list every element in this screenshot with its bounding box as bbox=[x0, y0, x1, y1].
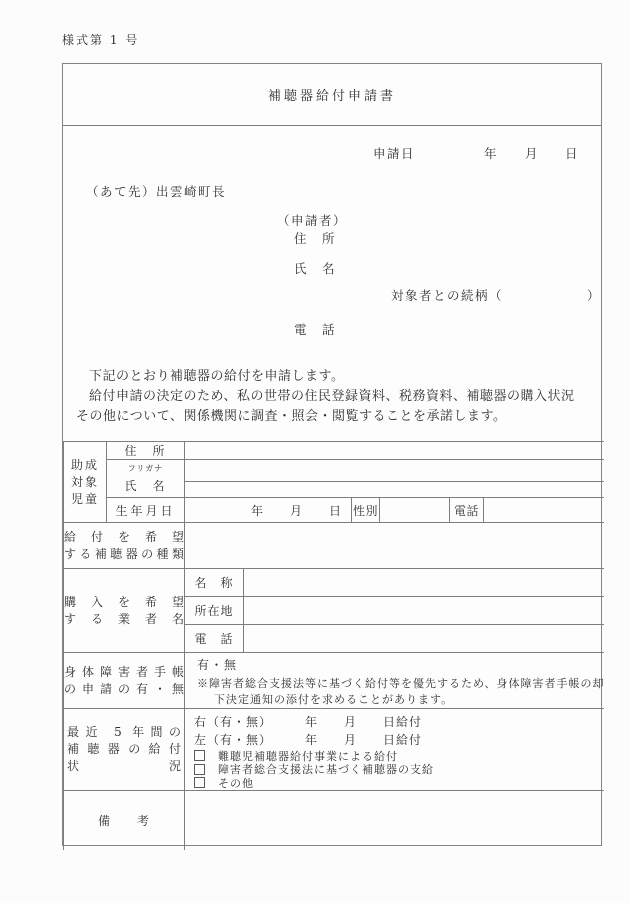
relationship-label: 対象者との続柄（ ） bbox=[391, 286, 601, 304]
child-sex-input[interactable] bbox=[380, 498, 450, 523]
application-table: 助成 対象 児童 住 所 フリガナ 氏 名 生年月日 bbox=[63, 441, 604, 850]
remarks-input[interactable] bbox=[185, 790, 604, 850]
applicant-name-label: 氏 名 bbox=[294, 259, 336, 277]
child-furigana-label: フリガナ bbox=[107, 463, 184, 474]
vendor-phone-label: 電 話 bbox=[185, 625, 244, 653]
checkbox-row-3: その他 bbox=[194, 776, 600, 790]
disability-certificate-label: 身体障害者手帳 の申請の有・無 bbox=[64, 653, 185, 709]
applicant-phone-label: 電 話 bbox=[294, 320, 336, 338]
grant-history-label: 最近 5 年間の 補聴器の給付 状況 bbox=[64, 709, 185, 791]
child-address-input[interactable] bbox=[185, 442, 604, 460]
checkbox-label-3: その他 bbox=[218, 775, 254, 790]
child-address-label: 住 所 bbox=[107, 442, 185, 460]
checkbox-row-2: 障害者総合支援法に基づく補聴器の支給 bbox=[194, 763, 600, 777]
vendor-group-label: 購入を希望 する業者名 bbox=[64, 569, 185, 653]
disability-certificate-value[interactable]: 有・無 ※障害者総合支援法等に基づく給付等を優先するため、身体障害者手帳の却 下… bbox=[185, 653, 604, 709]
addressee: （あて先）出雲崎町長 bbox=[86, 182, 226, 200]
checkbox-disability-support-law[interactable] bbox=[194, 764, 205, 775]
checkbox-hearing-impaired-program[interactable] bbox=[194, 750, 205, 761]
form-number: 様式第 1 号 bbox=[62, 31, 139, 48]
hearing-aid-type-input[interactable] bbox=[185, 523, 604, 569]
vendor-phone-input[interactable] bbox=[244, 625, 604, 653]
child-birthdate-input[interactable]: 年 月 日 bbox=[185, 498, 352, 523]
child-phone-label: 電話 bbox=[450, 498, 484, 523]
left-ear-grant-line[interactable]: 左（有・無） 年 月 日給付 bbox=[194, 731, 600, 749]
title-section: 補聴器給付申請書 bbox=[63, 64, 601, 126]
child-group-label: 助成 対象 児童 bbox=[64, 442, 107, 523]
vendor-name-label: 名 称 bbox=[185, 569, 244, 597]
checkbox-other[interactable] bbox=[194, 777, 205, 788]
application-date-label: 申請日 bbox=[373, 144, 415, 162]
application-date-day: 日 bbox=[565, 144, 579, 162]
applicant-heading: （申請者） bbox=[277, 211, 347, 229]
vendor-location-input[interactable] bbox=[244, 597, 604, 625]
applicant-address-label: 住 所 bbox=[294, 229, 336, 247]
declaration-line-1: 下記のとおり補聴器の給付を申請します。 bbox=[76, 367, 586, 387]
form-outer-box: 補聴器給付申請書 申請日 年 月 日 （あて先）出雲崎町長 （申請者） 住 所 … bbox=[62, 63, 602, 846]
child-name-input[interactable] bbox=[185, 482, 604, 498]
application-date-month: 月 bbox=[525, 144, 539, 162]
page-title: 補聴器給付申請書 bbox=[268, 85, 396, 104]
yes-no-value[interactable]: 有・無 bbox=[197, 657, 598, 674]
declaration-text: 下記のとおり補聴器の給付を申請します。 給付申請の決定のため、私の世帯の住民登録… bbox=[76, 367, 586, 427]
grant-history-value: 右（有・無） 年 月 日給付 左（有・無） 年 月 日給付 難聴児補聴器給付事業… bbox=[185, 709, 604, 791]
right-ear-grant-line[interactable]: 右（有・無） 年 月 日給付 bbox=[194, 713, 600, 731]
child-sex-label: 性別 bbox=[352, 498, 380, 523]
vendor-location-label: 所在地 bbox=[185, 597, 244, 625]
application-date-year: 年 bbox=[484, 144, 498, 162]
child-birthdate-label: 生年月日 bbox=[107, 498, 185, 523]
child-name-label: フリガナ 氏 名 bbox=[107, 460, 185, 498]
declaration-line-2: 給付申請の決定のため、私の世帯の住民登録資料、税務資料、補聴器の購入状況その他に… bbox=[76, 387, 586, 427]
remarks-label: 備 考 bbox=[64, 790, 185, 850]
vendor-name-input[interactable] bbox=[244, 569, 604, 597]
form-page: 様式第 1 号 補聴器給付申請書 申請日 年 月 日 （あて先）出雲崎町長 （申… bbox=[0, 0, 630, 903]
disability-certificate-note: ※障害者総合支援法等に基づく給付等を優先するため、身体障害者手帳の却 下決定通知… bbox=[197, 676, 598, 708]
child-furigana-input[interactable] bbox=[185, 460, 604, 482]
hearing-aid-type-label: 給付を希望 する補聴器の種類 bbox=[64, 523, 185, 569]
child-phone-input[interactable] bbox=[484, 498, 604, 523]
